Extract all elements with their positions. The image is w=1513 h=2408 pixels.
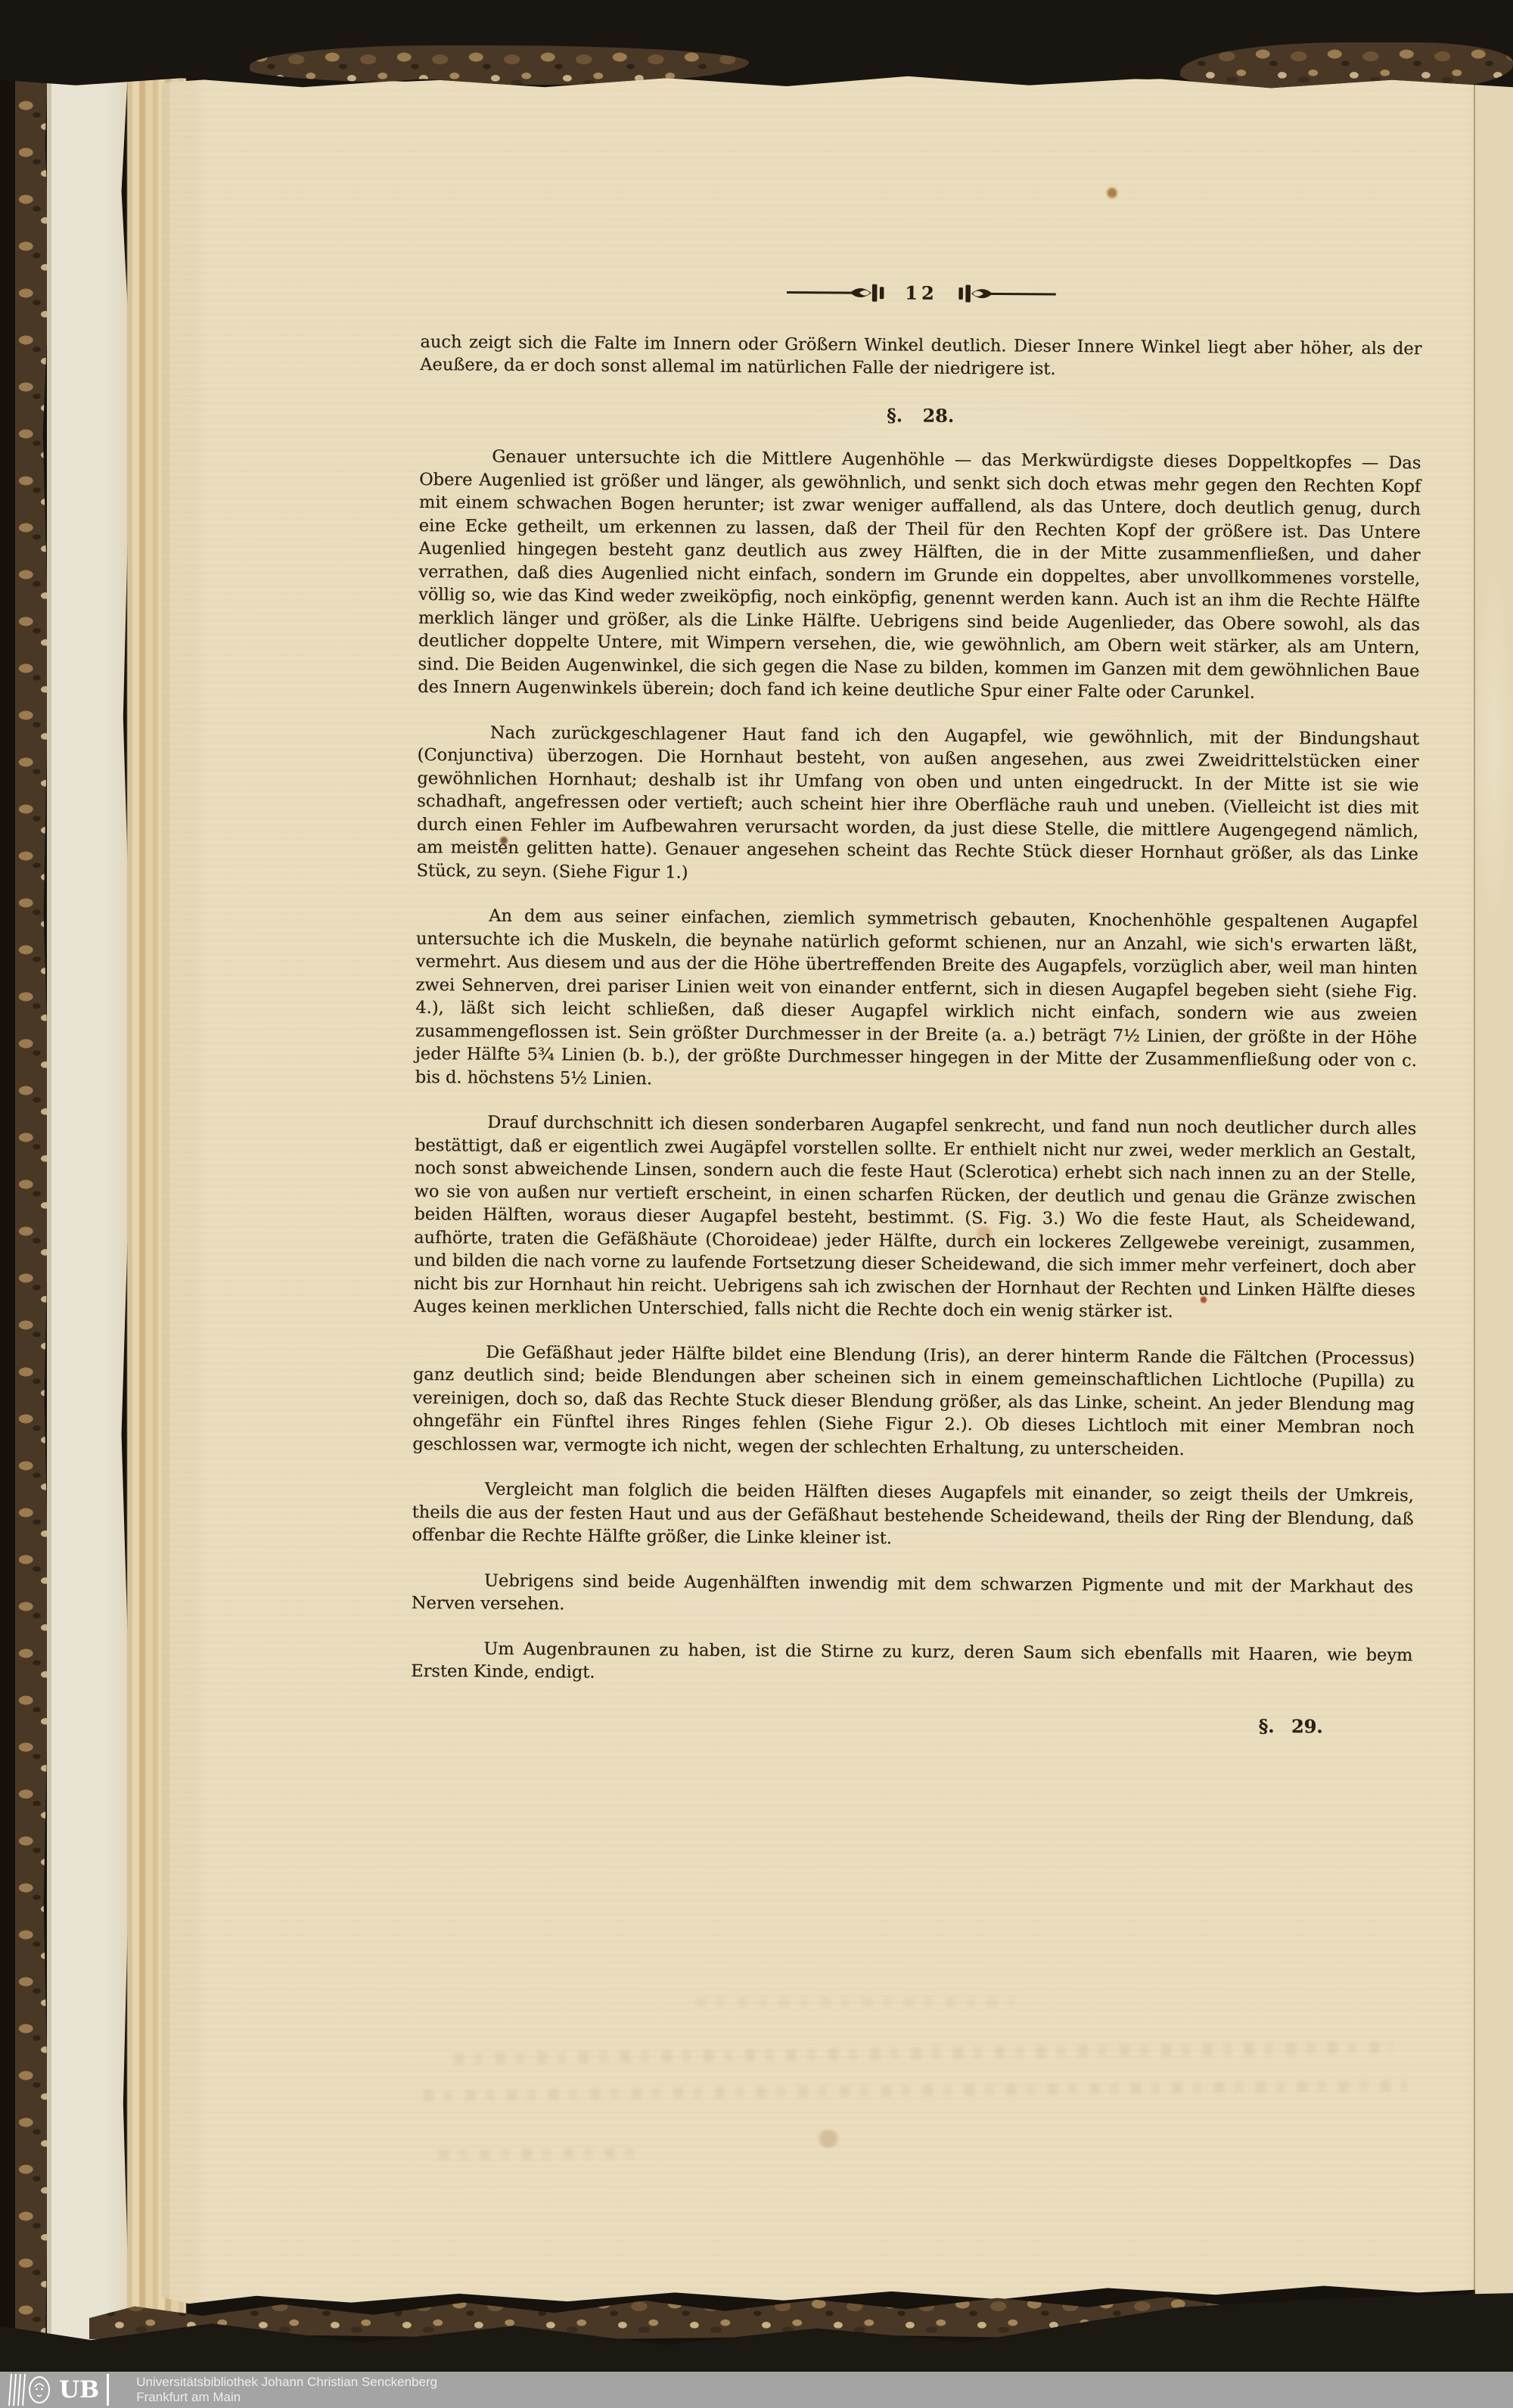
- paragraph: Drauf durchschnitt ich diesen sonderbare…: [413, 1111, 1416, 1325]
- paragraph: Uebrigens sind beide Augenhälften inwend…: [412, 1568, 1413, 1621]
- ink-showthrough: [439, 2148, 635, 2160]
- paper-stain: [816, 2129, 841, 2149]
- header-fleuron-left-icon: [787, 282, 887, 304]
- header-fleuron-right-icon: [955, 283, 1055, 305]
- paragraph: An dem aus seiner einfachen, ziemlich sy…: [415, 904, 1418, 1095]
- page-stack-edge: [47, 0, 132, 2391]
- page-text-column: 12 auch zeigt sich die Falte im Innern o…: [411, 278, 1422, 1738]
- library-city: Frankfurt am Main: [136, 2390, 437, 2405]
- ub-logo-text: UB: [59, 2373, 99, 2406]
- paper-stain: [1106, 186, 1118, 200]
- logo-divider: [107, 2374, 109, 2406]
- section-heading-28: §. 28.: [420, 400, 1421, 430]
- page-number: 12: [905, 281, 938, 305]
- library-logo: UB: [8, 2373, 136, 2406]
- paragraph: Vergleicht man folglich die beiden Hälft…: [412, 1477, 1414, 1554]
- marbled-cover-left: [15, 0, 50, 2408]
- scan-background-top: [0, 0, 1513, 91]
- library-footer-bar: UB Universitätsbibliothek Johann Christi…: [0, 2372, 1513, 2408]
- library-footer-text: Universitätsbibliothek Johann Christian …: [136, 2375, 437, 2405]
- paragraph: Nach zurückgeschlagener Haut fand ich de…: [416, 720, 1418, 889]
- page-crease-line: [1474, 83, 1475, 2300]
- ink-showthrough: [696, 1997, 1014, 2007]
- continuation-paragraph: auch zeigt sich die Falte im Innern oder…: [420, 330, 1421, 383]
- page-fold-right: [1475, 79, 1513, 2299]
- paragraph: Die Gefäßhaut jeder Hälfte bildet eine B…: [412, 1340, 1415, 1462]
- paragraph: Um Augenbraunen zu haben, ist die Stirne…: [411, 1636, 1412, 1689]
- paragraph: Genauer untersuchte ich die Mittlere Aug…: [418, 445, 1421, 706]
- library-portrait-icon: [8, 2373, 54, 2406]
- library-name: Universitätsbibliothek Johann Christian …: [136, 2375, 437, 2390]
